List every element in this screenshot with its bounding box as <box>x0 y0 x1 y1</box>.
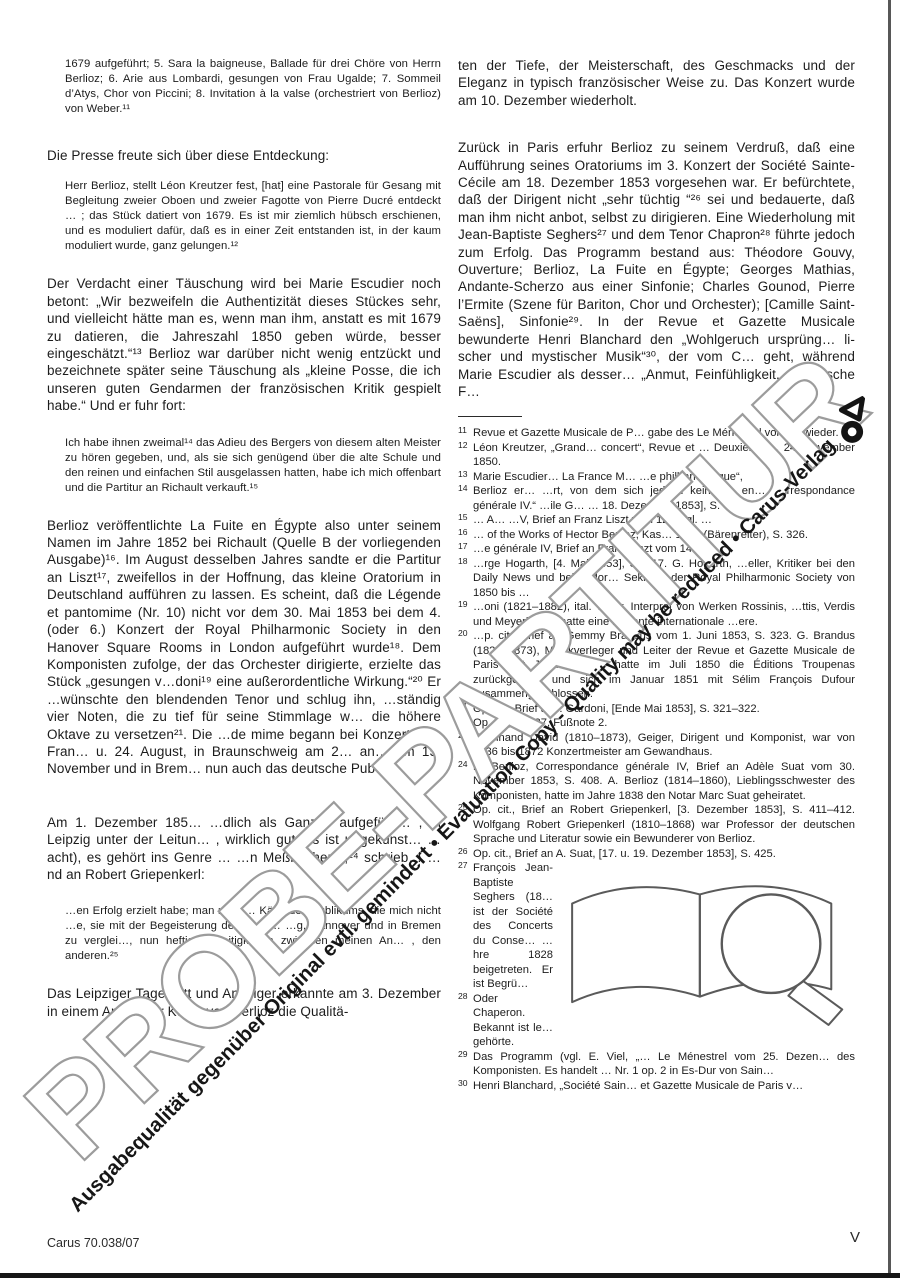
para-berlioz-fuite: Berlioz veröffentlichte La Fuite en Égyp… <box>47 517 441 778</box>
quote-adieu-des-bergers: Ich habe ihnen zweimal¹⁴ das Adieu des B… <box>65 436 441 496</box>
footnote: 16… of the Works of Hector Berlioz, Kas…… <box>458 528 855 543</box>
footnote: 29Das Programm (vgl. E. Viel, „… Le Méne… <box>458 1050 855 1079</box>
quote-griepenkerl-brief: …en Erfolg erzielt habe; man muß … Kälte… <box>65 904 441 964</box>
footnote: 14Berlioz er… …rt, von dem sich jedoch k… <box>458 484 855 513</box>
quote-concert-program: 1679 aufgeführt; 5. Sara la baigneuse, B… <box>65 57 441 117</box>
para-konzert: ten der Tiefe, der Meisterschaft, des Ge… <box>458 57 855 109</box>
catalog-number: Carus 70.038/07 <box>47 1236 139 1250</box>
footnote-separator <box>458 416 522 417</box>
footnote: 26Op. cit., Brief an A. Suat, [17. u. 19… <box>458 847 855 862</box>
footnote: 30Henri Blanchard, „Société Sain… et Gaz… <box>458 1079 855 1094</box>
page-number: V <box>850 1229 860 1246</box>
footnote: 20…p. cit., Brief an Gemmy Brandus vom 1… <box>458 629 855 702</box>
book-magnifier-illustration <box>563 867 855 1035</box>
magnifier-lens-icon <box>722 895 821 994</box>
footnote: 12Léon Kreutzer, „Grand… concert“, Revue… <box>458 441 855 470</box>
scan-edge-right <box>888 0 891 1278</box>
footnote: 17…e générale IV, Brief an Franz Liszt v… <box>458 542 855 557</box>
para-press: Die Presse freute sich über diese Entdec… <box>47 147 441 164</box>
footnote: 24H. Berlioz, Correspondance générale IV… <box>458 760 855 804</box>
footnote: 22Op. cit., S. 427, Fußnote 2. <box>458 716 855 731</box>
book-left-page <box>572 887 700 1002</box>
para-dezember: Am 1. Dezember 185… …dlich als Ganzes au… <box>47 814 441 884</box>
footnote: 18…rge Hogarth, [4. Mai 1853], S. 317. G… <box>458 557 855 601</box>
scanned-preface-page: 1679 aufgeführt; 5. Sara la baigneuse, B… <box>0 0 900 1278</box>
right-column: ten der Tiefe, der Meisterschaft, des Ge… <box>458 57 855 1093</box>
footnote: 15… A… …V, Brief an Franz Liszt vom 12. … <box>458 513 855 528</box>
left-column: 1679 aufgeführt; 5. Sara la baigneuse, B… <box>47 57 441 1020</box>
para-tageblatt: Das Leipziger Tageblatt und Anzeiger erk… <box>47 985 441 1020</box>
footnote: 13Marie Escudier… La France M… …e philha… <box>458 470 855 485</box>
footnotes: 11Revue et Gazette Musicale de P… gabe d… <box>458 426 855 1093</box>
footnote: 25Op. cit., Brief an Robert Griepenkerl,… <box>458 803 855 847</box>
footnote: 23Ferdinand David (1810–1873), Geiger, D… <box>458 731 855 760</box>
footnote: 11Revue et Gazette Musicale de P… gabe d… <box>458 426 855 441</box>
quote-kreutzer: Herr Berlioz, stellt Léon Kreutzer fest,… <box>65 179 441 254</box>
scan-edge-bottom <box>0 1273 900 1278</box>
para-verdacht: Der Verdacht einer Täuschung wird bei Ma… <box>47 275 441 414</box>
footnote: 21Op. cit., Brief an I. Gardoni, [Ende M… <box>458 702 855 717</box>
para-paris-rueckkehr: Zurück in Paris erfuhr Berlioz zu seinem… <box>458 139 855 400</box>
book-magnifier-drawing <box>563 867 855 1035</box>
footnote: 19…oni (1821–1882), ital. Tenor, Interpr… <box>458 600 855 629</box>
